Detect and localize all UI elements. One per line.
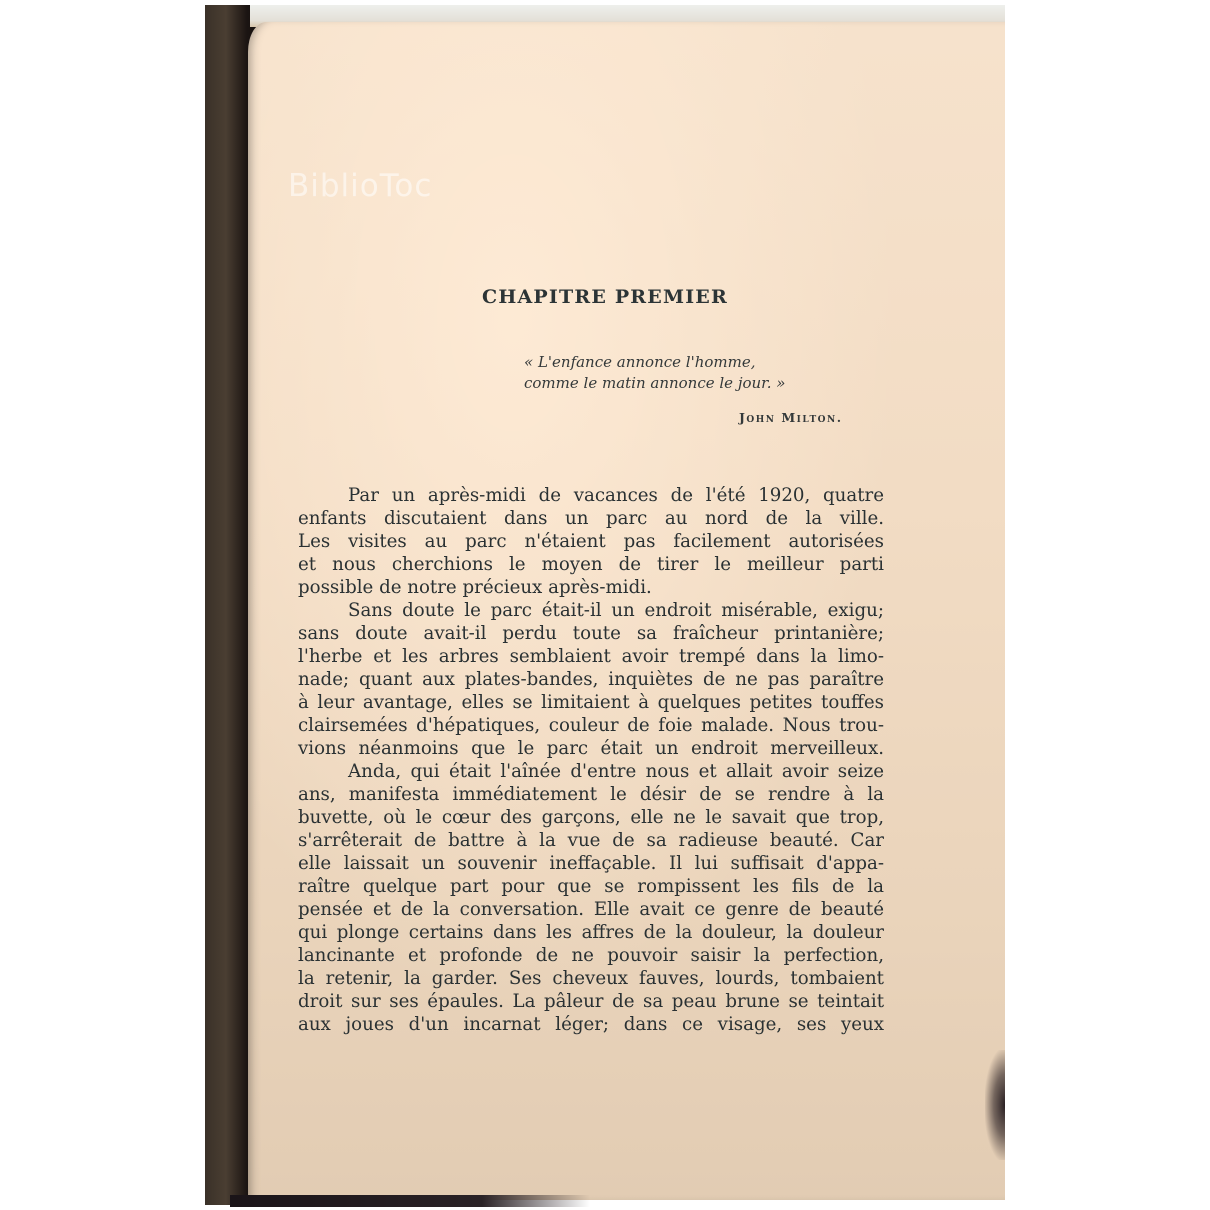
text-line: clairsemées d'hépatiques, couleur de foi… [298, 714, 884, 737]
text-line: et nous cherchions le moyen de tirer le … [298, 553, 884, 576]
text-line: la retenir, la garder. Ses cheveux fauve… [298, 967, 884, 990]
text-line: nade; quant aux plates-bandes, inquiètes… [298, 668, 884, 691]
epigraph-line: comme le matin annonce le jour. » [524, 373, 785, 394]
text-line: pensée et de la conversation. Elle avait… [298, 898, 884, 921]
text-line: elle laissait un souvenir ineffaçable. I… [298, 852, 884, 875]
text-line: lancinante et profonde de ne pouvoir sai… [298, 944, 884, 967]
watermark: BiblioToc [288, 168, 432, 204]
chapter-title: CHAPITRE PREMIER [482, 286, 732, 308]
text-line: Les visites au parc n'étaient pas facile… [298, 530, 884, 553]
text-line: Sans doute le parc était-il un endroit m… [298, 599, 884, 622]
epigraph-attribution: John Milton. [739, 410, 843, 425]
text-line: qui plonge certains dans les affres de l… [298, 921, 884, 944]
bottom-shadow [230, 1195, 590, 1207]
thumb-shadow [985, 1050, 1005, 1160]
text-line: à leur avantage, elles se limitaient à q… [298, 691, 884, 714]
text-line: Anda, qui était l'aînée d'entre nous et … [298, 760, 884, 783]
body-text: Par un après-midi de vacances de l'été 1… [298, 484, 884, 1036]
book-page-photo: BiblioToc CHAPITRE PREMIER « L'enfance a… [0, 0, 1210, 1210]
text-line: aux joues d'un incarnat léger; dans ce v… [298, 1013, 884, 1036]
text-line: l'herbe et les arbres semblaient avoir t… [298, 645, 884, 668]
text-line: enfants discutaient dans un parc au nord… [298, 507, 884, 530]
text-line: vions néanmoins que le parc était un end… [298, 737, 884, 760]
text-line: Par un après-midi de vacances de l'été 1… [298, 484, 884, 507]
text-line: sans doute avait-il perdu toute sa fraîc… [298, 622, 884, 645]
text-line: ans, manifesta immédiatement le désir de… [298, 783, 884, 806]
text-line: possible de notre précieux après-midi. [298, 576, 884, 599]
epigraph: « L'enfance annonce l'homme, comme le ma… [524, 352, 785, 394]
text-line: buvette, où le cœur des garçons, elle ne… [298, 806, 884, 829]
text-line: s'arrêterait de battre à la vue de sa ra… [298, 829, 884, 852]
epigraph-line: « L'enfance annonce l'homme, [524, 352, 785, 373]
text-line: raître quelque part pour que se rompisse… [298, 875, 884, 898]
text-line: droit sur ses épaules. La pâleur de sa p… [298, 990, 884, 1013]
